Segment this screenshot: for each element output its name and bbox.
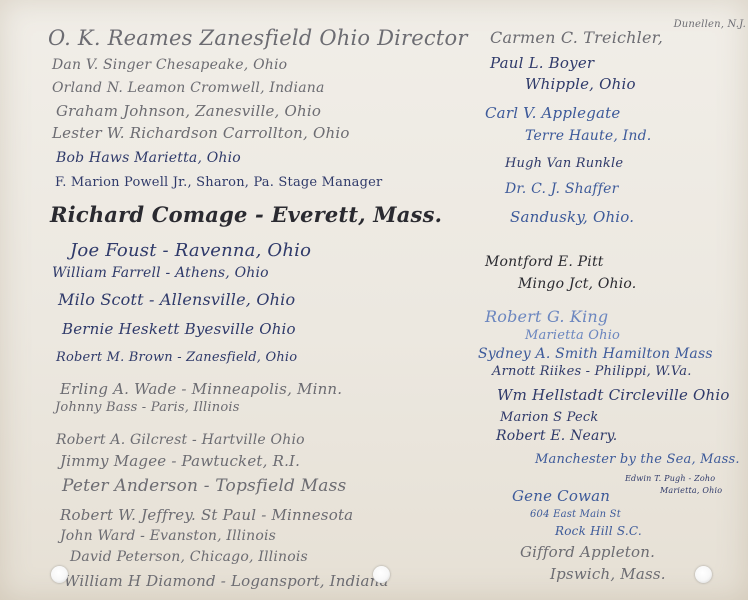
signature-line: Milo Scott - Allensville, Ohio — [58, 290, 295, 309]
signature-line: Bob Haws Marietta, Ohio — [56, 150, 241, 166]
signature-line: Edwin T. Pugh - Zoho — [625, 474, 715, 483]
signature-line: Dan V. Singer Chesapeake, Ohio — [52, 57, 287, 73]
signature-line: Marietta Ohio — [525, 328, 620, 343]
signature-line: Dr. C. J. Shaffer — [505, 181, 619, 197]
signature-line: Arnott Riikes - Philippi, W.Va. — [492, 364, 692, 379]
signature-line: Orland N. Leamon Cromwell, Indiana — [52, 80, 325, 96]
signature-line: Robert E. Neary. — [496, 428, 617, 444]
signature-line: William Farrell - Athens, Ohio — [52, 265, 269, 281]
signature-line: Robert G. King — [485, 307, 608, 326]
signature-line: Jimmy Magee - Pawtucket, R.I. — [60, 452, 300, 470]
punch-hole — [695, 566, 712, 583]
signature-line: Marietta, Ohio — [660, 486, 722, 495]
signature-line: O. K. Reames Zanesfield Ohio Director — [48, 26, 468, 50]
signature-page: O. K. Reames Zanesfield Ohio Director Da… — [0, 0, 748, 600]
signature-line: Robert W. Jeffrey. St Paul - Minnesota — [60, 506, 353, 524]
signature-line: Lester W. Richardson Carrollton, Ohio — [52, 124, 350, 142]
signature-line: Mingo Jct, Ohio. — [518, 276, 636, 292]
signature-line: Johnny Bass - Paris, Illinois — [55, 400, 240, 415]
signature-line: Robert A. Gilcrest - Hartville Ohio — [56, 432, 305, 448]
signature-line: Bernie Heskett Byesville Ohio — [62, 320, 296, 338]
signature-line: Ipswich, Mass. — [550, 565, 666, 583]
signature-line: Sydney A. Smith Hamilton Mass — [478, 346, 713, 362]
signature-line: Peter Anderson - Topsfield Mass — [62, 476, 346, 496]
signature-line: Dunellen, N.J. — [672, 18, 746, 32]
signature-line: Gene Cowan — [512, 487, 610, 505]
signature-line: Joe Foust - Ravenna, Ohio — [70, 240, 311, 261]
signature-line: F. Marion Powell Jr., Sharon, Pa. Stage … — [55, 175, 382, 190]
signature-line: Manchester by the Sea, Mass. — [535, 452, 740, 467]
signature-line: Paul L. Boyer — [490, 54, 594, 72]
signature-line: Graham Johnson, Zanesville, Ohio — [56, 102, 321, 120]
signature-line: Gifford Appleton. — [520, 543, 655, 561]
punch-hole — [51, 566, 68, 583]
signature-line: Richard Comage - Everett, Mass. — [50, 202, 442, 227]
signature-line: Erling A. Wade - Minneapolis, Minn. — [60, 380, 342, 398]
signature-line: Terre Haute, Ind. — [525, 128, 651, 144]
signature-line: Robert M. Brown - Zanesfield, Ohio — [56, 350, 297, 365]
signature-line: Wm Hellstadt Circleville Ohio — [497, 386, 730, 404]
signature-line: Whipple, Ohio — [525, 75, 636, 93]
signature-line: William H Diamond - Logansport, Indiana — [64, 572, 389, 590]
signature-line: Rock Hill S.C. — [555, 524, 642, 538]
punch-hole — [373, 566, 390, 583]
signature-line: Marion S Peck — [500, 410, 598, 425]
signature-line: Sandusky, Ohio. — [510, 208, 634, 226]
signature-line: David Peterson, Chicago, Illinois — [70, 549, 308, 565]
signature-line: Carl V. Applegate — [485, 104, 620, 122]
signature-line: John Ward - Evanston, Illinois — [60, 528, 276, 544]
signature-line: 604 East Main St — [530, 509, 621, 520]
signature-line: Hugh Van Runkle — [505, 156, 623, 171]
signature-line: Carmen C. Treichler, — [490, 28, 663, 47]
signature-line: Montford E. Pitt — [485, 254, 604, 270]
